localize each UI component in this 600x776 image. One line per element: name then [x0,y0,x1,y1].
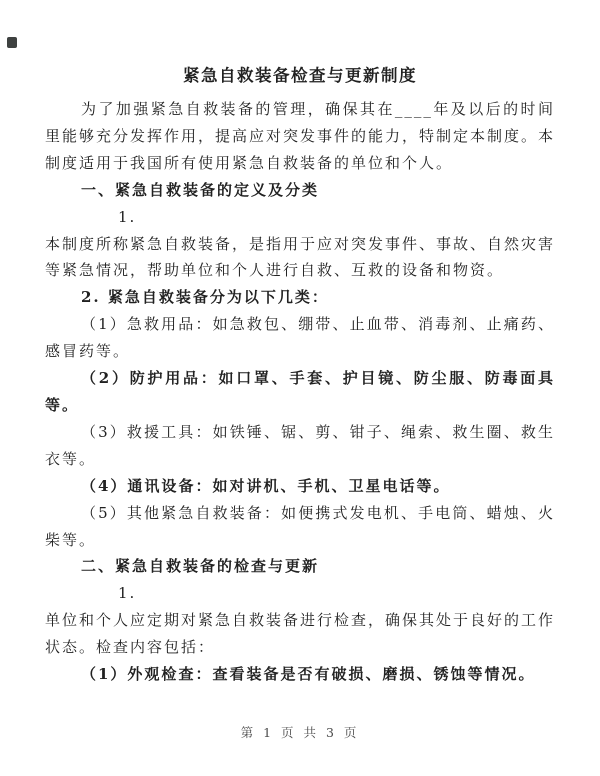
paragraph: 二、紧急自救装备的检查与更新 [45,553,555,580]
paragraph: 单位和个人应定期对紧急自救装备进行检查，确保其处于良好的工作状态。检查内容包括： [45,607,555,661]
paragraph: 2. 紧急自救装备分为以下几类： [45,284,555,311]
paragraph: 一、紧急自救装备的定义及分类 [45,177,555,204]
paragraph: （3）救援工具：如铁锤、锯、剪、钳子、绳索、救生圈、救生衣等。 [45,419,555,473]
page-number: 第 1 页 共 3 页 [0,723,600,741]
document-title: 紧急自救装备检查与更新制度 [0,0,600,86]
paragraph: 本制度所称紧急自救装备，是指用于应对突发事件、事故、自然灾害等紧急情况，帮助单位… [45,231,555,285]
document-body: 为了加强紧急自救装备的管理，确保其在____年及以后的时间里能够充分发挥作用，提… [45,96,555,688]
paragraph: （4）通讯设备：如对讲机、手机、卫星电话等。 [45,473,555,500]
paragraph: （5）其他紧急自救装备：如便携式发电机、手电筒、蜡烛、火柴等。 [45,500,555,554]
corner-mark-icon [7,37,17,48]
paragraph: （2）防护用品：如口罩、手套、护目镜、防尘服、防毒面具等。 [45,365,555,419]
paragraph: 为了加强紧急自救装备的管理，确保其在____年及以后的时间里能够充分发挥作用，提… [45,96,555,177]
paragraph: 1. [45,204,555,231]
paragraph: 1. [45,580,555,607]
document-page: 紧急自救装备检查与更新制度 为了加强紧急自救装备的管理，确保其在____年及以后… [0,0,600,776]
paragraph: （1）外观检查：查看装备是否有破损、磨损、锈蚀等情况。 [45,661,555,688]
paragraph: （1）急救用品：如急救包、绷带、止血带、消毒剂、止痛药、感冒药等。 [45,311,555,365]
